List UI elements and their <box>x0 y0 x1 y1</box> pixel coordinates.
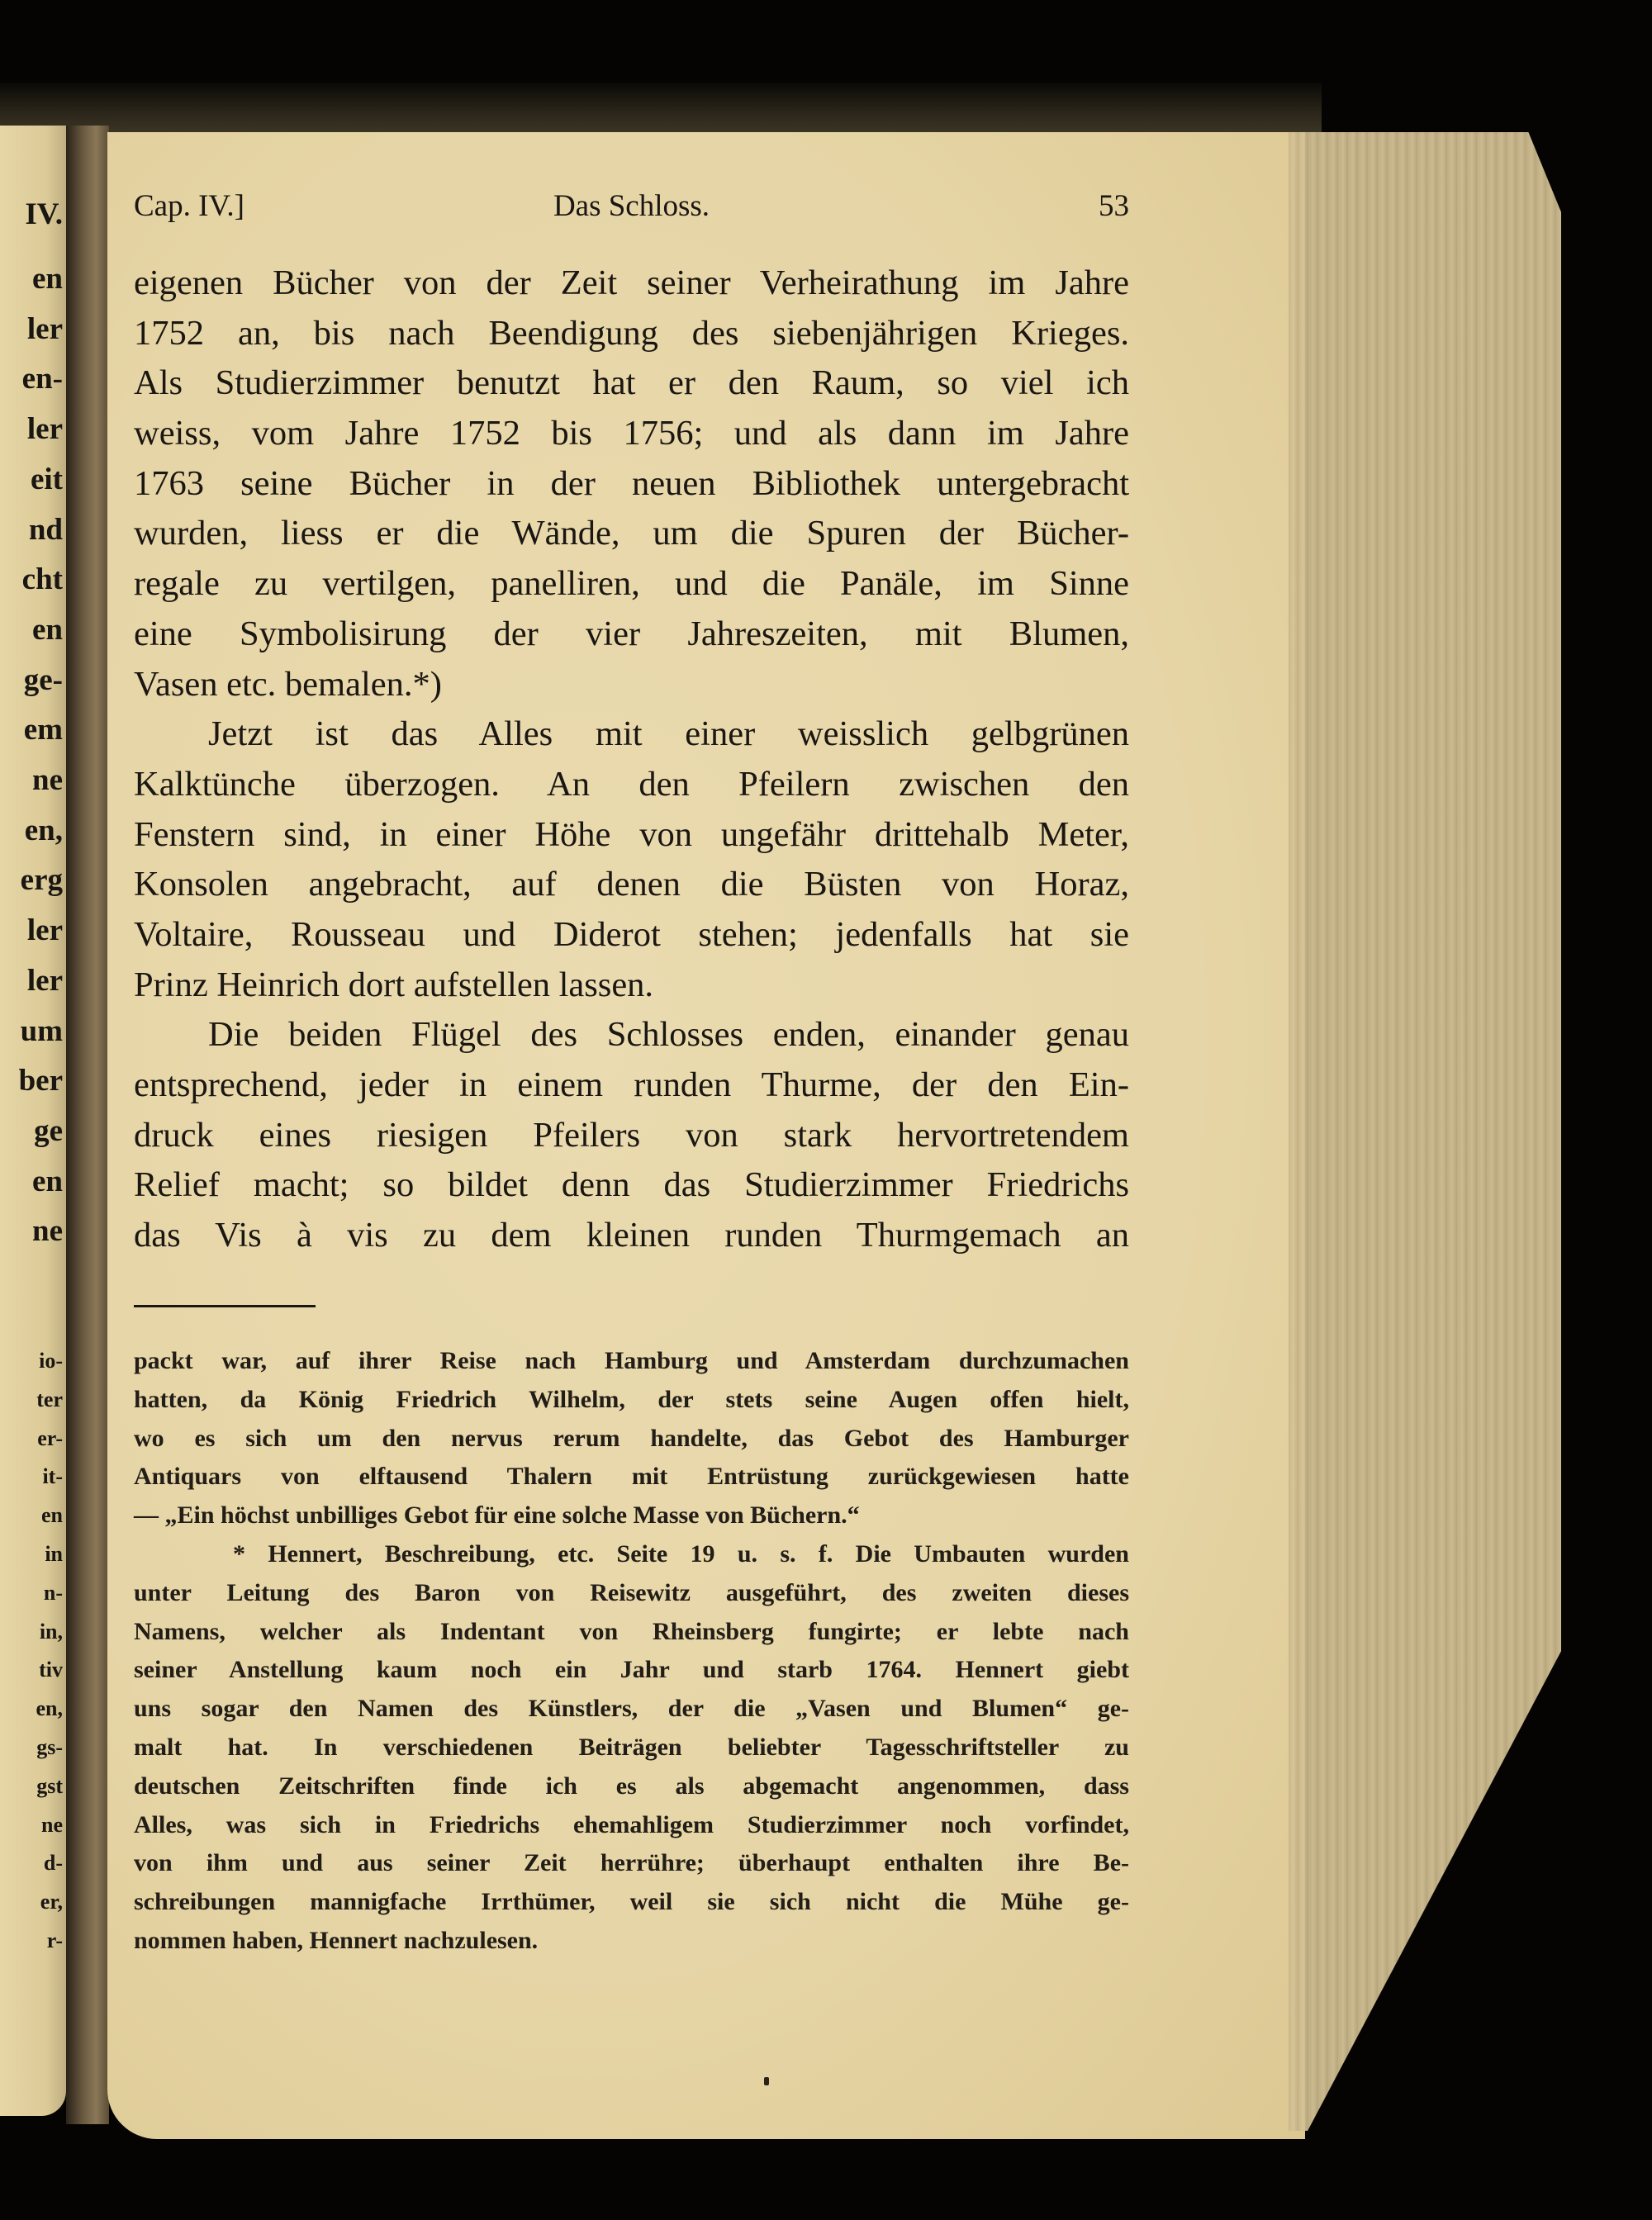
left-fragment: erg <box>0 856 66 905</box>
left-footnote-fragment: in, <box>0 1613 66 1652</box>
footnote-line: packt war, auf ihrer Reise nach Hamburg … <box>134 1342 1129 1381</box>
footnote-line: schreibungen mannigfache Irrthümer, weil… <box>134 1883 1129 1922</box>
left-footnote-fragment: tiv <box>0 1651 66 1690</box>
left-footnote-fragment: en, <box>0 1690 66 1729</box>
body-line: Kalktünche überzogen. An den Pfeilern zw… <box>134 760 1129 810</box>
left-fragment: ge <box>0 1107 66 1156</box>
left-fragment: ler <box>0 906 66 956</box>
footnote-line: nommen haben, Hennert nachzulesen. <box>134 1922 1129 1961</box>
body-line: Voltaire, Rousseau und Diderot stehen; j… <box>134 910 1129 961</box>
left-footnote-fragment: er, <box>0 1883 66 1922</box>
left-footnote-fragment: gs- <box>0 1729 66 1767</box>
footnote-line: seiner Anstellung kaum noch ein Jahr und… <box>134 1651 1129 1690</box>
left-fragment: ler <box>0 305 66 354</box>
left-footnote-fragment: ne <box>0 1806 66 1845</box>
running-head: Cap. IV.] Das Schloss. 53 <box>134 188 1129 230</box>
footnote-line: unter Leitung des Baron von Reisewitz au… <box>134 1574 1129 1613</box>
left-footnote-fragment: r- <box>0 1922 66 1961</box>
left-fragment: en <box>0 605 66 655</box>
page-title: Das Schloss. <box>134 188 1129 224</box>
body-line: Prinz Heinrich dort aufstellen lassen. <box>134 961 1129 1011</box>
footnote-line: uns sogar den Namen des Künstlers, der d… <box>134 1690 1129 1729</box>
left-fragment: eit <box>0 455 66 505</box>
footnote-separator <box>134 1305 316 1307</box>
left-fragment: ne <box>0 1207 66 1256</box>
body-line: wurden, liess er die Wände, um die Spure… <box>134 509 1129 559</box>
footnotes: packt war, auf ihrer Reise nach Hamburg … <box>134 1342 1129 1961</box>
left-footnote-fragment: er- <box>0 1420 66 1459</box>
body-line: Vasen etc. bemalen.*) <box>134 660 1129 710</box>
body-line: Fenstern sind, in einer Höhe von ungefäh… <box>134 810 1129 861</box>
page-fore-edge <box>1289 132 1561 2131</box>
left-footnote-fragment: d- <box>0 1844 66 1883</box>
paper-speck <box>764 2077 769 2085</box>
body-line: weiss, vom Jahre 1752 bis 1756; und als … <box>134 409 1129 459</box>
body-line: entsprechend, jeder in einem runden Thur… <box>134 1060 1129 1111</box>
left-fragment: em <box>0 705 66 755</box>
body-line: druck eines riesigen Pfeilers von stark … <box>134 1111 1129 1161</box>
body-line: eine Symbolisirung der vier Jahreszeiten… <box>134 610 1129 660</box>
footnote-line: von ihm und aus seiner Zeit herrühre; üb… <box>134 1844 1129 1883</box>
footnote-line: wo es sich um den nervus rerum handelte,… <box>134 1420 1129 1459</box>
left-fragment: en- <box>0 354 66 404</box>
book-top-shadow <box>0 83 1322 132</box>
footnote-line: Antiquars von elftausend Thalern mit Ent… <box>134 1458 1129 1497</box>
footnote-line: — „Ein höchst unbilliges Gebot für eine … <box>134 1497 1129 1535</box>
footnote-line: malt hat. In verschiedenen Beiträgen bel… <box>134 1729 1129 1767</box>
body-line: Jetzt ist das Alles mit einer weisslich … <box>134 709 1129 760</box>
left-footnote-fragment: io- <box>0 1342 66 1381</box>
left-page-header-fragment: IV. <box>0 190 66 240</box>
left-footnote-fragment: in <box>0 1535 66 1574</box>
body-line: Relief macht; so bildet denn das Studier… <box>134 1160 1129 1211</box>
body-line: Als Studierzimmer benutzt hat er den Rau… <box>134 358 1129 409</box>
body-line: 1763 seine Bücher in der neuen Bibliothe… <box>134 459 1129 510</box>
left-fragment: en, <box>0 806 66 856</box>
left-footnote-fragment: it- <box>0 1458 66 1497</box>
footnote-line: * Hennert, Beschreibung, etc. Seite 19 u… <box>134 1535 1129 1574</box>
left-footnote-fragment: n- <box>0 1574 66 1613</box>
left-fragment: nd <box>0 505 66 555</box>
left-fragment: cht <box>0 555 66 605</box>
body-line: eigenen Bücher von der Zeit seiner Verhe… <box>134 259 1129 309</box>
left-fragment: en <box>0 254 66 304</box>
left-footnote-fragment: ter <box>0 1381 66 1420</box>
footnote-line: deutschen Zeitschriften finde ich es als… <box>134 1767 1129 1806</box>
left-page-edge: IV. enleren-lereitndchtenge-emneen,ergle… <box>0 126 66 2116</box>
body-line: Die beiden Flügel des Schlosses enden, e… <box>134 1010 1129 1060</box>
footnote-line: Alles, was sich in Friedrichs ehemahlige… <box>134 1806 1129 1845</box>
left-footnote-fragment: gst <box>0 1767 66 1806</box>
left-fragment: ge- <box>0 656 66 705</box>
body-text: eigenen Bücher von der Zeit seiner Verhe… <box>134 259 1129 1261</box>
footnote-line: hatten, da König Friedrich Wilhelm, der … <box>134 1381 1129 1420</box>
left-fragment: ler <box>0 956 66 1006</box>
body-line: regale zu vertilgen, panelliren, und die… <box>134 559 1129 610</box>
left-fragment: ler <box>0 405 66 454</box>
body-line: das Vis à vis zu dem kleinen runden Thur… <box>134 1211 1129 1261</box>
body-line: 1752 an, bis nach Beendigung des siebenj… <box>134 309 1129 359</box>
footnote-line: Namens, welcher als Indentant von Rheins… <box>134 1613 1129 1652</box>
page-number: 53 <box>1099 188 1129 224</box>
left-fragment: ne <box>0 756 66 805</box>
book-gutter <box>66 126 109 2124</box>
left-fragment: en <box>0 1157 66 1207</box>
left-fragment: um <box>0 1007 66 1056</box>
body-line: Konsolen angebracht, auf denen die Büste… <box>134 860 1129 910</box>
left-fragment: ber <box>0 1056 66 1106</box>
left-footnote-fragment: en <box>0 1497 66 1535</box>
